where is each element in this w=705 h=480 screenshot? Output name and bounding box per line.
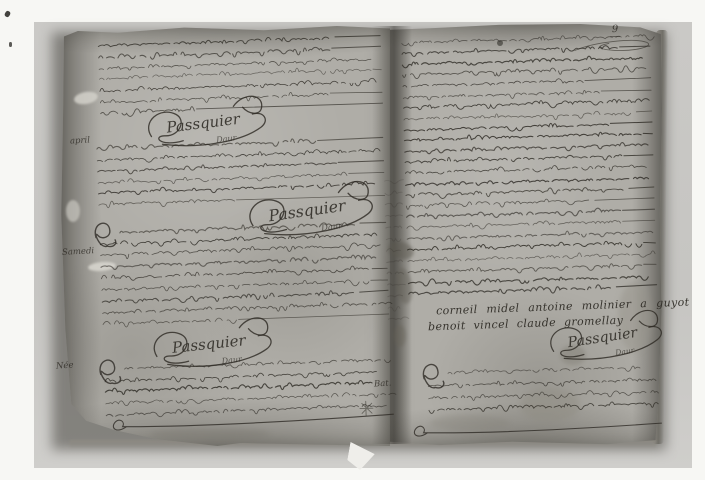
ink-speck (497, 40, 503, 46)
manuscript-scan: Passquier Daur Passquier Daur Passquier … (0, 0, 705, 480)
stain-mark (520, 388, 580, 422)
archive-scan: { "manuscript": { "page_number": "9", "s… (0, 0, 705, 480)
margin-speck (9, 42, 12, 47)
right-page (390, 24, 662, 446)
margin-speck (4, 10, 11, 18)
stain-mark (150, 428, 270, 440)
margin-note-samedi: Samedi (62, 246, 95, 258)
margin-note-nee: Née (56, 361, 74, 372)
margin-note-bat: Bat. (374, 379, 392, 390)
stain-mark (560, 345, 586, 365)
right-page-paper-texture (390, 24, 662, 446)
left-page (58, 26, 390, 446)
page-number: 9 (610, 24, 621, 37)
margin-note-april: april (70, 135, 91, 146)
stain-mark (394, 325, 406, 347)
left-page-paper-texture (58, 26, 390, 446)
paper-damage-white (66, 200, 80, 222)
stain-mark (430, 415, 510, 431)
